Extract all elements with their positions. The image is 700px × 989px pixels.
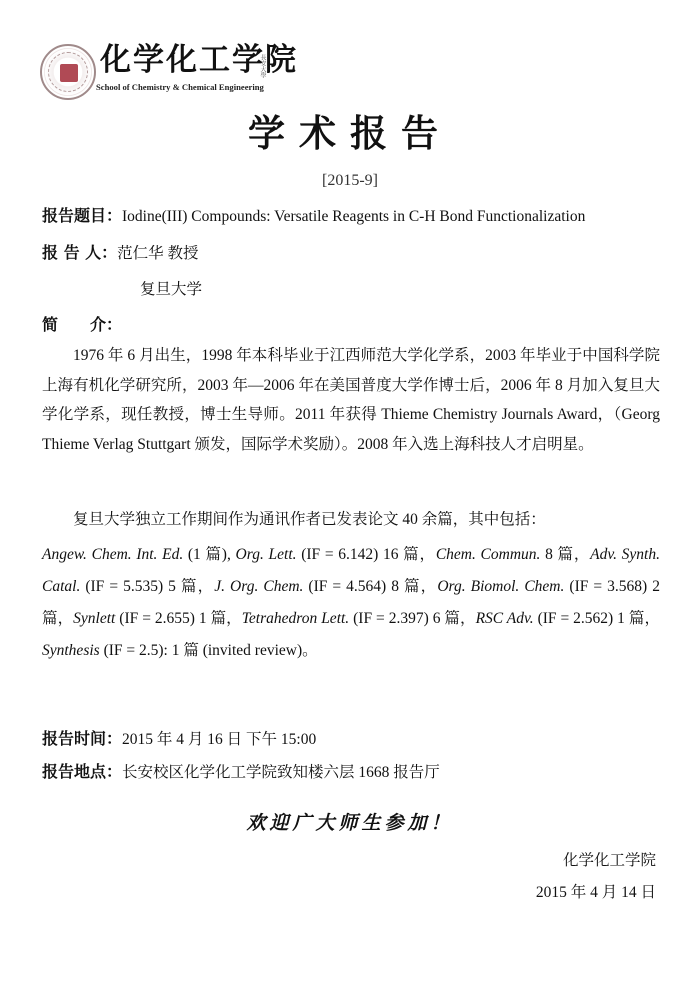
affiliation-value: 复旦大学 [140,281,202,298]
speaker-value: 范仁华 教授 [117,245,198,262]
time-label: 报告时间： [42,729,122,748]
place-row: 报告地点：长安校区化学化工学院致知楼六层 1668 报告厅 [42,760,440,785]
time-row: 报告时间：2015 年 4 月 16 日 下午 15:00 [42,727,316,752]
intro-label: 简 介： [42,315,122,334]
journal-detail: (1 篇), [183,546,235,563]
place-label: 报告地点： [42,762,122,781]
journal-name: Org. Biomol. Chem. [437,578,564,595]
journal-detail: 8 篇， [540,546,590,563]
publications-intro: 复旦大学独立工作期间作为通讯作者已发表论文 40 余篇，其中包括： [42,505,660,535]
issue-date: 2015 年 4 月 14 日 [536,880,656,902]
journal-name: Angew. Chem. Int. Ed. [42,546,183,563]
logo-school-name-en: School of Chemistry & Chemical Engineeri… [96,82,264,92]
journal-name: Synlett [73,610,115,627]
welcome-message: 欢迎广大师生参加！ [0,808,700,835]
journal-name: Tetrahedron Lett. [242,610,349,627]
intro-row: 简 介： [42,313,122,338]
journal-detail: (IF = 2.655) 1 篇， [115,610,241,627]
publications-list: Angew. Chem. Int. Ed. (1 篇), Org. Lett. … [42,539,660,667]
journal-detail: (IF = 4.564) 8 篇， [303,578,437,595]
journal-detail: (IF = 6.142) 16 篇， [297,546,436,563]
page-title: 学术报告 [0,108,700,158]
journal-name: RSC Adv. [476,610,534,627]
journal-detail: (IF = 2.397) 6 篇， [349,610,475,627]
report-serial-number: [2015-9] [0,172,700,190]
speaker-row: 报 告 人：范仁华 教授 [42,241,199,266]
logo-school-name-cn: 化学化工学院 [100,40,298,80]
place-value: 长安校区化学化工学院致知楼六层 1668 报告厅 [122,764,440,781]
bio-paragraph: 1976 年 6 月出生，1998 年本科毕业于江西师范大学化学系，2003 年… [42,341,660,459]
time-value: 2015 年 4 月 16 日 下午 15:00 [122,731,316,748]
journal-name: J. Org. Chem. [214,578,303,595]
journal-name: Org. Lett. [236,546,297,563]
journal-name: Synthesis [42,642,100,659]
logo-calligraphy-mark: 長安大學 [258,54,267,78]
topic-value: Iodine(III) Compounds: Versatile Reagent… [122,208,585,225]
journal-detail: (IF = 2.562) 1 篇， [534,610,660,627]
journal-detail: (IF = 2.5): 1 篇 (invited review)。 [100,642,318,659]
topic-label: 报告题目： [42,206,122,225]
journal-name: Chem. Commun. [436,546,541,563]
speaker-label: 报 告 人： [42,243,117,262]
journal-detail: (IF = 5.535) 5 篇， [80,578,214,595]
issuer-name: 化学化工学院 [563,848,656,870]
university-seal-icon [40,44,96,100]
speaker-affiliation: 复旦大学 [140,278,202,302]
seal-emblem-icon [60,64,78,82]
topic-row: 报告题目：Iodine(III) Compounds: Versatile Re… [42,204,585,229]
